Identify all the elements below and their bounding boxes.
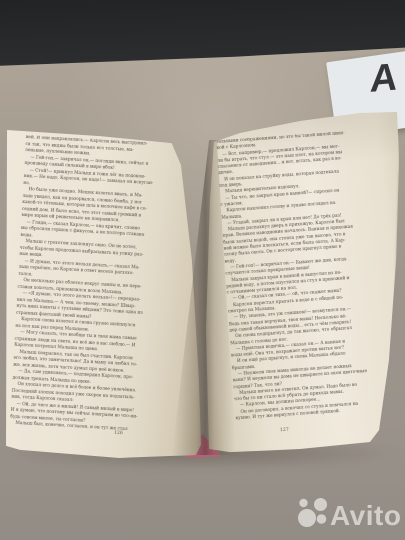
page-number-right: 127 xyxy=(280,428,289,433)
avito-watermark: Avito xyxy=(293,492,403,534)
book-page-right: тельными соображениями, но это бы такой … xyxy=(204,106,402,456)
page-text-left: вей. И они направлялись.— Карлсон весь в… xyxy=(10,135,176,435)
page-text-right: тельными соображениями, но это бы такой … xyxy=(216,129,399,423)
listing-photo: A вей. И они направлялись.— Карлсон весь… xyxy=(0,0,405,540)
handwritten-letter: A xyxy=(369,56,398,102)
avito-logo-icon: Avito xyxy=(293,492,403,534)
book-page-left: вей. И они направлялись.— Карлсон весь в… xyxy=(4,124,206,460)
page-number-left: 126 xyxy=(114,431,123,436)
watermark-text: Avito xyxy=(330,500,401,531)
